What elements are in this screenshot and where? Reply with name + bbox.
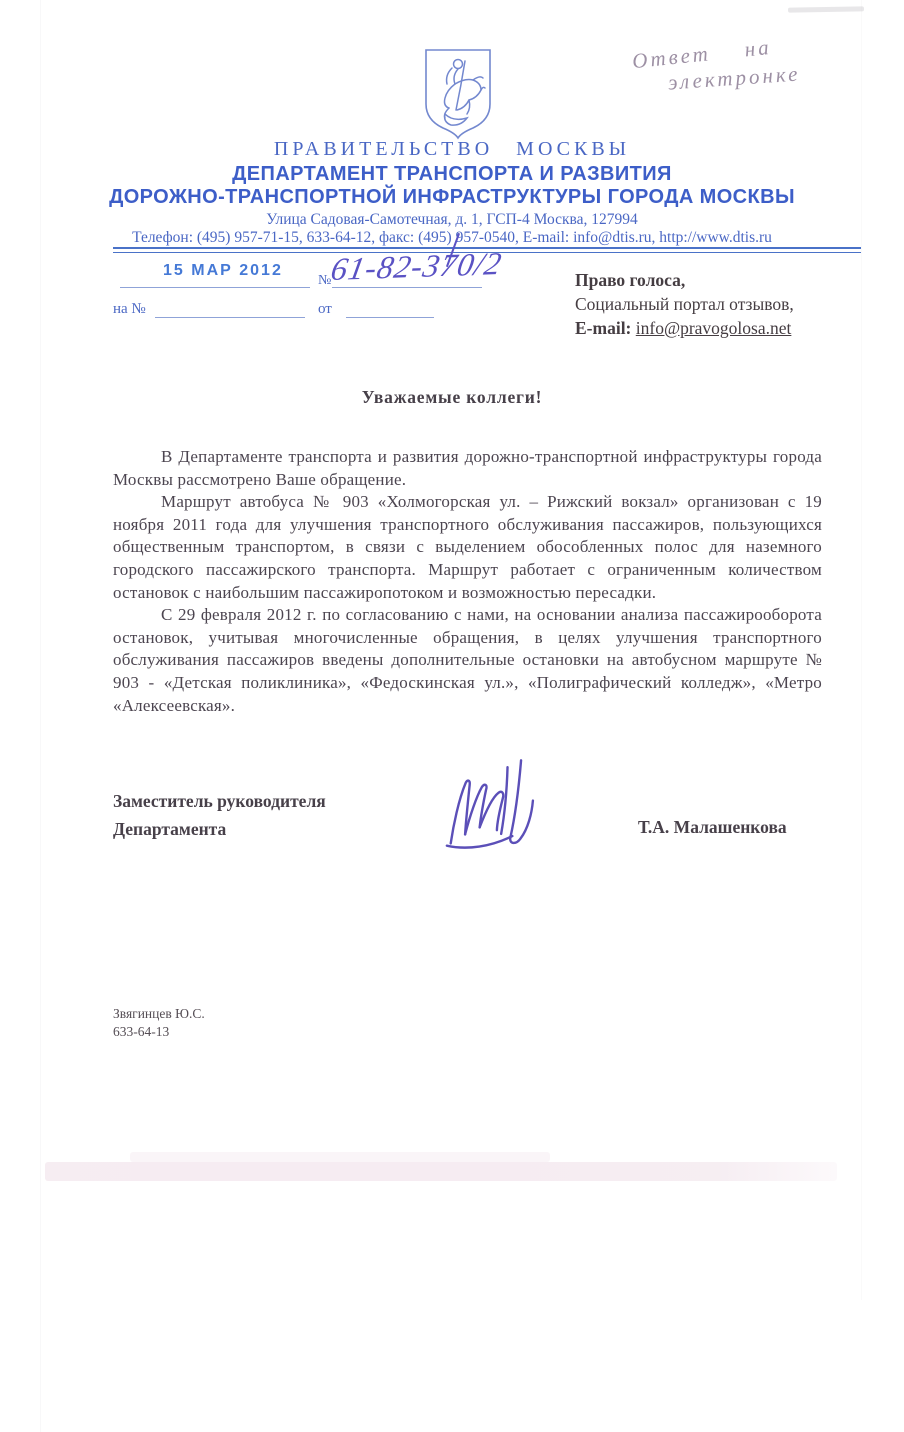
- from-underline: [346, 317, 434, 318]
- recipient-block: Право голоса, Социальный портал отзывов,…: [575, 268, 794, 340]
- number-underline: [332, 287, 482, 288]
- salutation: Уважаемые коллеги!: [0, 387, 904, 408]
- executor-name: Звягинцев Ю.С.: [113, 1006, 205, 1022]
- body-paragraph-3: С 29 февраля 2012 г. по согласованию с н…: [113, 604, 822, 717]
- scanned-letter-page: Ответ на электронке ПРАВИТЕЛЬСТВО МОСКВЫ…: [0, 0, 904, 1432]
- scan-band-artifact: [45, 1162, 837, 1181]
- date-stamp: 15 МАР 2012: [163, 262, 283, 280]
- moscow-coat-of-arms-icon: [423, 48, 493, 140]
- on-number-label: на №: [113, 301, 146, 318]
- department-address: Улица Садовая-Самотечная, д. 1, ГСП-4 Мо…: [0, 211, 904, 229]
- date-underline: [120, 287, 310, 288]
- department-name-line2: ДОРОЖНО-ТРАНСПОРТНОЙ ИНФРАСТРУКТУРЫ ГОРО…: [0, 186, 904, 209]
- letter-body: В Департаменте транспорта и развития дор…: [113, 446, 822, 717]
- signer-name: Т.А. Малашенкова: [638, 817, 787, 838]
- handwritten-outgoing-number: 61-82-370/2: [328, 245, 505, 288]
- recipient-email-line: E-mail: info@pravogolosa.net: [575, 316, 794, 340]
- executor-phone: 633-64-13: [113, 1024, 169, 1040]
- department-name-line1: ДЕПАРТАМЕНТ ТРАНСПОРТА И РАЗВИТИЯ: [0, 163, 904, 186]
- body-paragraph-2: Маршрут автобуса № 903 «Холмогорская ул.…: [113, 491, 822, 604]
- government-title: ПРАВИТЕЛЬСТВО МОСКВЫ: [0, 138, 904, 161]
- body-paragraph-1: В Департаменте транспорта и развития дор…: [113, 446, 822, 491]
- recipient-name: Право голоса,: [575, 268, 794, 292]
- from-label: от: [318, 301, 332, 318]
- signature-autograph: [435, 748, 562, 858]
- scan-streak-artifact: [788, 6, 864, 12]
- recipient-description: Социальный портал отзывов,: [575, 292, 794, 316]
- recipient-email-label: E-mail:: [575, 318, 631, 338]
- on-number-underline: [155, 317, 305, 318]
- recipient-email-address: info@pravogolosa.net: [636, 318, 792, 338]
- signer-title-line2: Департамента: [113, 819, 226, 840]
- signer-title-line1: Заместитель руководителя: [113, 791, 326, 812]
- department-contacts: Телефон: (495) 957-71-15, 633-64-12, фак…: [0, 229, 904, 247]
- scan-band-artifact-secondary: [130, 1152, 550, 1162]
